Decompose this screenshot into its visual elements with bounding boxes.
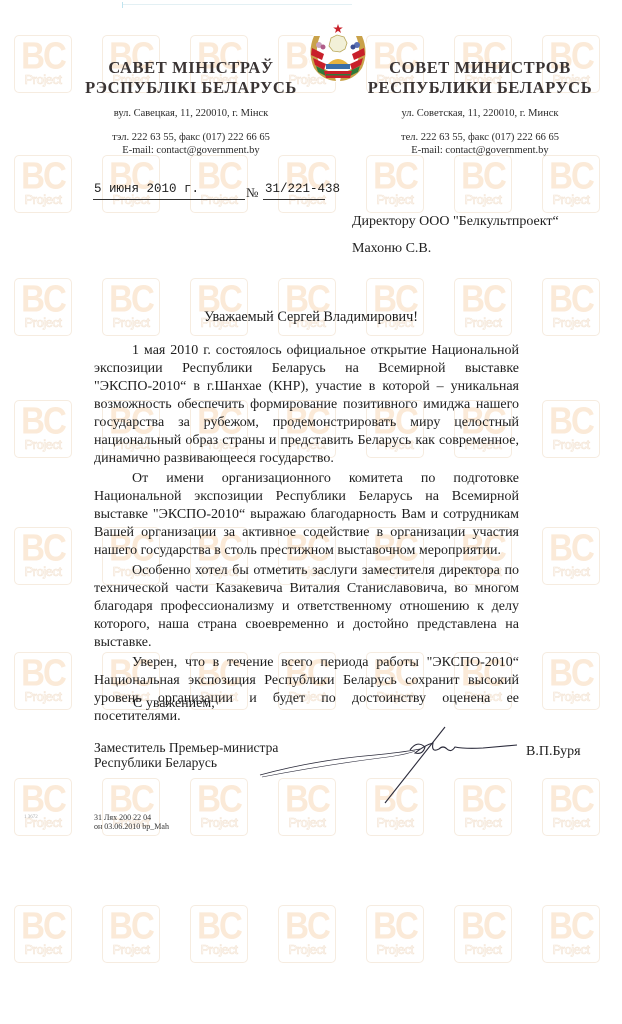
- signatory-title: Заместитель Премьер-министра Республики …: [94, 740, 278, 770]
- letterhead-left: САВЕТ МІНІСТРАЎ РЭСПУБЛІКІ БЕЛАРУСЬ вул.…: [80, 58, 302, 157]
- paragraph: 1 мая 2010 г. состоялось официальное отк…: [94, 342, 519, 468]
- letter-date: 5 июня 2010 г.: [94, 182, 199, 196]
- document-meta: 31 Лях 200 22 04 он 03.06.2010 bp_Mah: [94, 813, 169, 831]
- registration-number: 31/221-438: [265, 182, 340, 196]
- number-sign: №: [246, 185, 258, 201]
- doc-meta-line2: он 03.06.2010 bp_Mah: [94, 822, 169, 831]
- handwritten-signature-icon: [255, 725, 525, 805]
- paragraph: Особенно хотел бы отметить заслуги замес…: [94, 562, 519, 652]
- date-underline: [93, 199, 245, 200]
- doc-meta-line1: 31 Лях 200 22 04: [94, 813, 169, 822]
- org-name-line2-be: РЭСПУБЛІКІ БЕЛАРУСЬ: [80, 78, 302, 98]
- letter-page: САВЕТ МІНІСТРАЎ РЭСПУБЛІКІ БЕЛАРУСЬ вул.…: [0, 0, 622, 1024]
- closing: С уважением,: [133, 696, 215, 712]
- paragraph: Уверен, что в течение всего периода рабо…: [94, 654, 519, 726]
- email-ru: E-mail: contact@government.by: [360, 144, 600, 157]
- phone-ru: тел. 222 63 55, факс (017) 222 66 65: [360, 131, 600, 144]
- letterhead-right: СОВЕТ МИНИСТРОВ РЕСПУБЛИКИ БЕЛАРУСЬ ул. …: [360, 58, 600, 157]
- address-ru: ул. Советская, 11, 220010, г. Минск: [360, 107, 600, 120]
- signatory-title-line2: Республики Беларусь: [94, 755, 278, 770]
- paragraph: От имени организационного комитета по по…: [94, 470, 519, 560]
- number-underline: [263, 199, 325, 200]
- email-be: E-mail: contact@government.by: [80, 144, 302, 157]
- phone-be: тэл. 222 63 55, факс (017) 222 66 65: [80, 131, 302, 144]
- scan-code: 1 3672: [24, 815, 38, 820]
- address-be: вул. Савецкая, 11, 220010, г. Мінск: [80, 107, 302, 120]
- org-name-line1-be: САВЕТ МІНІСТРАЎ: [80, 58, 302, 78]
- org-name-line2-ru: РЕСПУБЛИКИ БЕЛАРУСЬ: [360, 78, 600, 98]
- letter-body: 1 мая 2010 г. состоялось официальное отк…: [94, 342, 519, 728]
- signatory-title-line1: Заместитель Премьер-министра: [94, 740, 278, 755]
- addressee-position: Директору ООО "Белкультпроект“: [352, 213, 559, 230]
- signer-name: В.П.Буря: [526, 744, 581, 760]
- addressee-name: Махоню С.В.: [352, 240, 431, 257]
- salutation: Уважаемый Сергей Владимирович!: [0, 309, 622, 326]
- org-name-line1-ru: СОВЕТ МИНИСТРОВ: [360, 58, 600, 78]
